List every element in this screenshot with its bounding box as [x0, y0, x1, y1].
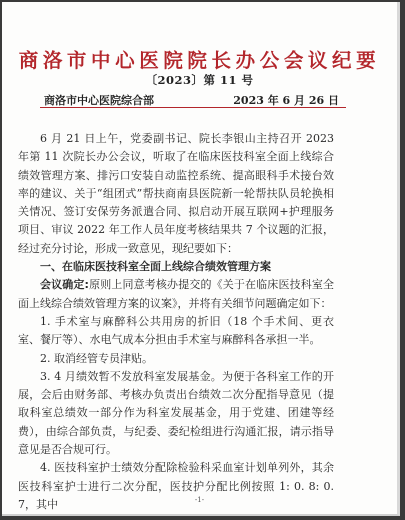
list-item-1: 1. 手术室与麻醉科公共用房的折旧（18 个手术间、更衣室、餐厅等）、水电气成本… [18, 313, 334, 350]
decision-paragraph: 会议确定:原则上同意考核办提交的《关于在临床医技科室全面上线综合绩效管理方案的议… [18, 276, 334, 313]
list-item-4: 4. 医技科室护士绩效分配除检验科采血室计划单列外，其余医技科室护士进行二次分配… [18, 459, 334, 514]
list-item-3: 3. 4 月绩效暂不发放科室发展基金。为便于各科室工作的开展，会后由财务部、考核… [18, 368, 334, 459]
document-body: 6 月 21 日上午，党委副书记、院长李银山主持召开 2023 年第 11 次院… [18, 130, 334, 514]
header-divider [40, 107, 346, 108]
intro-paragraph: 6 月 21 日上午，党委副书记、院长李银山主持召开 2023 年第 11 次院… [18, 130, 334, 258]
issuing-department: 商洛市中心医院综合部 [44, 92, 154, 108]
document-title: 商洛市中心医院院长办公会议纪要 [2, 45, 397, 73]
document-number: 〔2023〕第 11 号 [2, 72, 397, 88]
document-page: 商洛市中心医院院长办公会议纪要 〔2023〕第 11 号 商洛市中心医院综合部 … [2, 2, 400, 516]
section-heading-1: 一、在临床医技科室全面上线综合绩效管理方案 [18, 258, 334, 276]
decision-label: 会议确定: [40, 278, 89, 291]
issue-date: 2023 年 6 月 26 日 [233, 92, 339, 108]
list-item-2: 2. 取消经管专员津贴。 [18, 350, 334, 368]
page-number: -1- [2, 496, 397, 504]
